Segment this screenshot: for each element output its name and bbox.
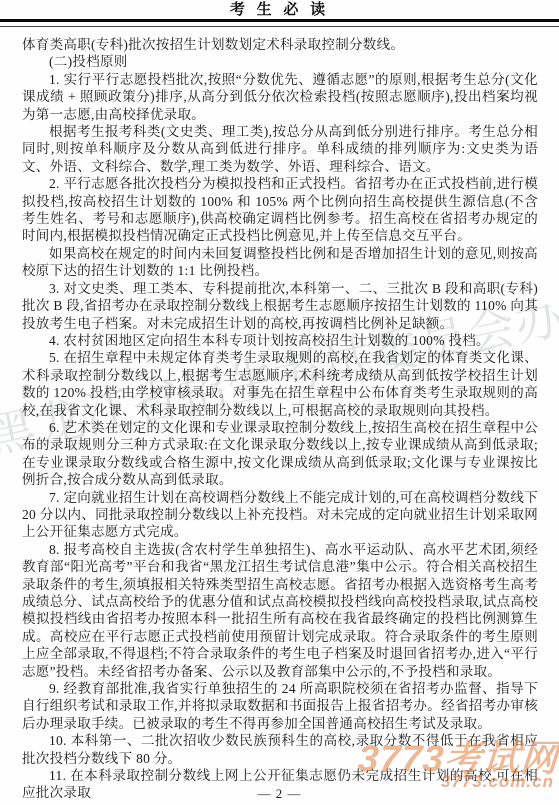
paragraph-continuation: 体育类高职(专科)批次按招生计划数划定术科录取控制分数线。 — [22, 36, 538, 53]
paragraph-item-5: 5. 在招生章程中未规定体育类考生录取规则的高校,在我省划定的体育类文化课、术科… — [22, 349, 538, 419]
section-heading: (二)投档原则 — [22, 53, 538, 70]
document-page: 考 生 必 读 黑龙江省招生考试委员会办公室 体育类高职(专科)批次按招生计划数… — [0, 0, 559, 805]
paragraph-item-6: 6. 艺术类在划定的文化课和专业课录取控制分数线上,按招生高校在招生章程中公布的… — [22, 419, 538, 489]
page-header-title: 考 生 必 读 — [0, 2, 559, 18]
header-rule-thick — [0, 19, 559, 22]
page-number: — 2 — — [0, 786, 559, 802]
paragraph-item-2: 2. 平行志愿各批次投档分为模拟投档和正式投档。省招考办在正式投档前,进行模拟投… — [22, 175, 538, 245]
document-body: 体育类高职(专科)批次按招生计划数划定术科录取控制分数线。 (二)投档原则 1.… — [22, 36, 538, 802]
paragraph-item-2-sub: 如果高校在规定的时间内未回复调整投档比例和是否增加招生计划的意见,则按高校原下达… — [22, 245, 538, 280]
paragraph-item-9: 9. 经教育部批准,我省实行单独招生的 24 所高职院校须在省招考办监督、指导下… — [22, 680, 538, 732]
paragraph-item-3: 3. 对文史类、理工类本、专科提前批次,本科第一、二、三批次 B 段和高职(专科… — [22, 280, 538, 332]
header-rule-thin — [0, 26, 559, 27]
paragraph-item-8: 8. 报考高校自主选拔(含农村学生单独招生)、高水平运动队、高水平艺术团,须经教… — [22, 541, 538, 680]
paragraph-item-1: 1. 实行平行志愿投档批次,按照“分数优先、遵循志愿”的原则,根据考生总分(文化… — [22, 71, 538, 123]
paragraph-item-7: 7. 定向就业招生计划在高校调档分数线上不能完成计划的,可在高校调档分数线下 2… — [22, 489, 538, 541]
paragraph-item-10: 10. 本科第一、二批次招收少数民族预科生的高校,录取分数不得低于在我省相应批次… — [22, 732, 538, 767]
page-header: 考 生 必 读 — [0, 2, 559, 27]
paragraph-item-1-sub: 根据考生报考科类(文史类、理工类),按总分从高到低分别进行排序。考生总分相同时,… — [22, 123, 538, 175]
paragraph-item-4: 4. 农村贫困地区定向招生本科专项计划按高校招生计划数的 100% 投档。 — [22, 332, 538, 349]
